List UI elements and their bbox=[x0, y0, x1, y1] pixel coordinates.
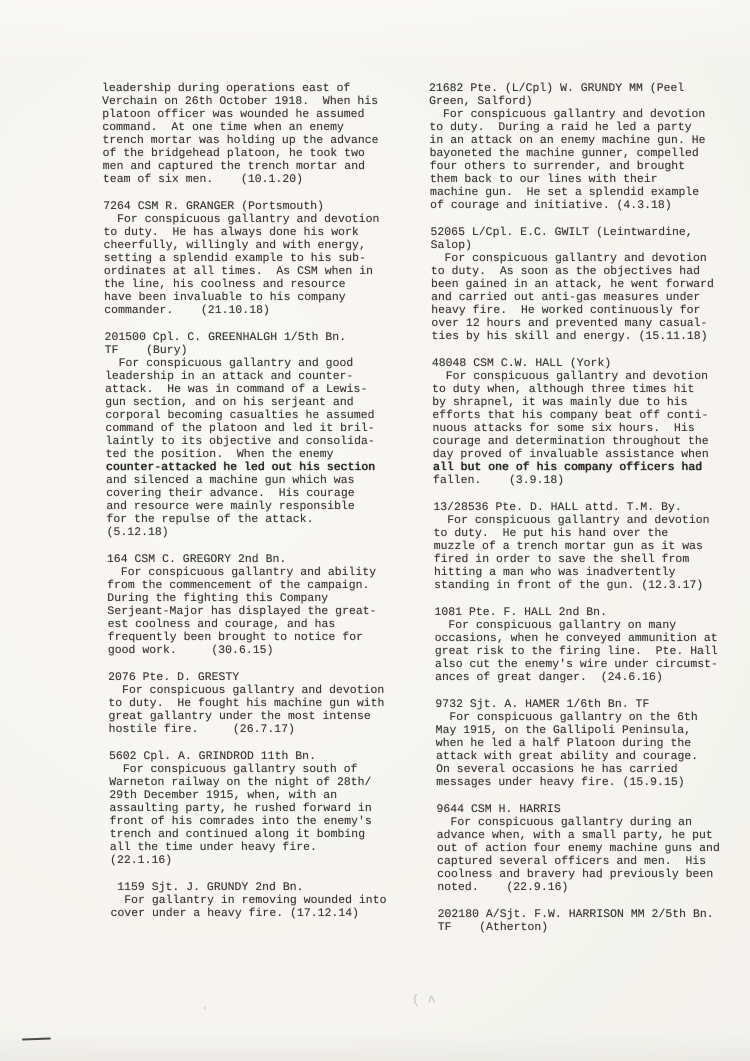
column-right: 21682 Pte. (L/Cpl) W. GRUNDY MM (PeelGre… bbox=[429, 82, 738, 948]
text-line: team of six men. (10.1.20) bbox=[103, 173, 403, 186]
text-line: For conspicuous gallantry and devotion bbox=[433, 514, 733, 527]
text-line: great gallantry under the most intense bbox=[108, 710, 408, 723]
text-line: counter-attacked he led out his section bbox=[106, 461, 406, 474]
text-line: leadership during operations east of bbox=[102, 82, 402, 95]
text-line: For conspicuous gallantry and devotion bbox=[431, 252, 731, 265]
text-line: 164 CSM C. GREGORY 2nd Bn. bbox=[107, 553, 407, 566]
text-line: 201500 Cpl. C. GREENHALGH 1/5th Bn. bbox=[104, 331, 404, 344]
text-line: good work. (30.6.15) bbox=[108, 644, 408, 657]
text-line: Verchain on 26th October 1918. When his bbox=[102, 95, 402, 108]
text-line: fired in order to save the shell from bbox=[434, 553, 734, 566]
text-line: advance when, with a small party, he put bbox=[437, 829, 737, 842]
text-line: hostile fire. (26.7.17) bbox=[109, 723, 409, 736]
text-line: when he led a half Platoon during the bbox=[436, 737, 736, 750]
text-line: corporal becoming casualties he assumed bbox=[105, 409, 405, 422]
text-line: from the commencement of the campaign. bbox=[107, 579, 407, 592]
text-line: men and captured the trench mortar and bbox=[103, 160, 403, 173]
text-line: and resource were mainly responsible bbox=[106, 500, 406, 513]
text-line: ances of great danger. (24.6.16) bbox=[435, 671, 735, 684]
text-line: For conspicuous gallantry and devotion bbox=[108, 684, 408, 697]
citation-entry: 1081 Pte. F. HALL 2nd Bn. For conspicuou… bbox=[434, 606, 735, 684]
text-line: For conspicuous gallantry and ability bbox=[107, 566, 407, 579]
text-line: cheerfully, willingly and with energy, bbox=[104, 239, 404, 252]
citation-entry: leadership during operations east ofVerc… bbox=[102, 82, 403, 186]
text-line: in an attack on an enemy machine gun. He bbox=[429, 134, 729, 147]
text-line: all the time under heavy fire. bbox=[110, 841, 410, 854]
paper-speck bbox=[204, 1007, 206, 1009]
citation-entry: 164 CSM C. GREGORY 2nd Bn. For conspicuo… bbox=[107, 553, 408, 657]
text-line: For conspicuous gallantry on the 6th bbox=[435, 711, 735, 724]
page-content: leadership during operations east ofVerc… bbox=[0, 0, 750, 1061]
text-line: to duty. During a raid he led a party bbox=[429, 121, 729, 134]
text-line: ordinates at all times. As CSM when in bbox=[104, 265, 404, 278]
text-line: coolness and bravery had previously been bbox=[437, 868, 737, 881]
text-line: bayoneted the machine gunner, compelled bbox=[430, 147, 730, 160]
text-line: For gallantry in removing wounded into bbox=[110, 894, 410, 907]
text-line: have been invaluable to his company bbox=[104, 291, 404, 304]
text-line: commander. (21.10.18) bbox=[104, 304, 404, 317]
text-line: also cut the enemy's wire under circumst… bbox=[435, 658, 735, 671]
text-line: leadership in an attack and counter- bbox=[105, 370, 405, 383]
text-line: over 12 hours and prevented many casual- bbox=[431, 317, 731, 330]
text-line: 29th December 1915, when, with an bbox=[109, 789, 409, 802]
citation-entry: 13/28536 Pte. D. HALL attd. T.M. By. For… bbox=[433, 501, 734, 592]
citation-entry: 2076 Pte. D. GRESTY For conspicuous gall… bbox=[108, 671, 409, 736]
text-line: four others to surrender, and brought bbox=[430, 160, 730, 173]
text-line: 1159 Sjt. J. GRUNDY 2nd Bn. bbox=[110, 881, 410, 894]
text-line: all but one of his company officers had bbox=[433, 461, 733, 474]
citation-entry: 202180 A/Sjt. F.W. HARRISON MM 2/5th Bn.… bbox=[438, 908, 738, 934]
text-line: platoon officer was wounded he assumed bbox=[102, 108, 402, 121]
citation-entry: 1159 Sjt. J. GRUNDY 2nd Bn. For gallantr… bbox=[110, 881, 410, 920]
citation-entry: 9732 Sjt. A. HAMER 1/6th Bn. TF For cons… bbox=[435, 698, 736, 789]
text-line: by shrapnel, it was mainly due to his bbox=[432, 396, 732, 409]
text-line: muzzle of a trench mortar gun as it was bbox=[434, 540, 734, 553]
text-line: efforts that his company beat off conti- bbox=[432, 409, 732, 422]
citation-entry: 52065 L/Cpl. E.C. GWILT (Leintwardine,Sa… bbox=[430, 226, 731, 343]
text-line: and carried out anti-gas measures under bbox=[431, 291, 731, 304]
text-line: (5.12.18) bbox=[107, 526, 407, 539]
pencil-mark: ( ʌ bbox=[412, 991, 436, 1008]
text-line: Serjeant-Major has displayed the great- bbox=[107, 605, 407, 618]
text-line: setting a splendid example to his sub- bbox=[104, 252, 404, 265]
text-line: TF (Bury) bbox=[105, 344, 405, 357]
text-line: ties by his skill and energy. (15.11.18) bbox=[431, 330, 731, 343]
text-line: 13/28536 Pte. D. HALL attd. T.M. By. bbox=[433, 501, 733, 514]
citation-entry: 5602 Cpl. A. GRINDROD 11th Bn. For consp… bbox=[109, 750, 410, 867]
text-line: 9644 CSM H. HARRIS bbox=[436, 803, 736, 816]
text-line: hitting a man who was inadvertently bbox=[434, 566, 734, 579]
text-line: heavy fire. He worked continuously for bbox=[431, 304, 731, 317]
text-line: For conspicuous gallantry during an bbox=[437, 816, 737, 829]
text-line: messages under heavy fire. (15.9.15) bbox=[436, 776, 736, 789]
text-line: nuous attacks for some six hours. His bbox=[432, 422, 732, 435]
text-line: During the fighting this Company bbox=[107, 592, 407, 605]
text-line: them back to our lines with their bbox=[430, 173, 730, 186]
text-line: 202180 A/Sjt. F.W. HARRISON MM 2/5th Bn. bbox=[438, 908, 738, 921]
text-line: to duty. He fought his machine gun with bbox=[108, 697, 408, 710]
text-line: covering their advance. His courage bbox=[106, 487, 406, 500]
text-line: For conspicuous gallantry south of bbox=[109, 763, 409, 776]
text-line: standing in front of the gun. (12.3.17) bbox=[434, 579, 734, 592]
text-line: 1081 Pte. F. HALL 2nd Bn. bbox=[434, 606, 734, 619]
text-line: and silenced a machine gun which was bbox=[106, 474, 406, 487]
text-line: 9732 Sjt. A. HAMER 1/6th Bn. TF bbox=[435, 698, 735, 711]
text-line: to duty. As soon as the objectives had bbox=[431, 265, 731, 278]
text-line: to duty. He has always done his work bbox=[103, 226, 403, 239]
text-line: cover under a heavy fire. (17.12.14) bbox=[110, 907, 410, 920]
citation-entry: 48048 CSM C.W. HALL (York) For conspicuo… bbox=[432, 357, 733, 487]
text-line: 21682 Pte. (L/Cpl) W. GRUNDY MM (Peel bbox=[429, 82, 729, 95]
text-line: For conspicuous gallantry and good bbox=[105, 357, 405, 370]
text-line: of courage and initiative. (4.3.18) bbox=[430, 199, 730, 212]
text-line: attack. He was in command of a Lewis- bbox=[105, 383, 405, 396]
text-line: courage and determination throughout the bbox=[433, 435, 733, 448]
text-line: For conspicuous gallantry on many bbox=[434, 619, 734, 632]
column-left: leadership during operations east ofVerc… bbox=[102, 82, 411, 934]
text-line: out of action four enemy machine guns an… bbox=[437, 842, 737, 855]
text-line: 5602 Cpl. A. GRINDROD 11th Bn. bbox=[109, 750, 409, 763]
text-line: occasions, when he conveyed ammunition a… bbox=[435, 632, 735, 645]
document-page: leadership during operations east ofVerc… bbox=[0, 0, 750, 1061]
text-line: On several occasions he has carried bbox=[436, 763, 736, 776]
text-line: of the bridgehead platoon, he took two bbox=[103, 147, 403, 160]
text-line: 7264 CSM R. GRANGER (Portsmouth) bbox=[103, 200, 403, 213]
text-line: the line, his coolness and resource bbox=[104, 278, 404, 291]
text-line: 48048 CSM C.W. HALL (York) bbox=[432, 357, 732, 370]
text-line: assaulting party, he rushed forward in bbox=[109, 802, 409, 815]
text-line: For conspicuous gallantry and devotion bbox=[103, 213, 403, 226]
text-line: 2076 Pte. D. GRESTY bbox=[108, 671, 408, 684]
text-line: to duty. He put his hand over the bbox=[434, 527, 734, 540]
text-line: day proved of invaluable assistance when bbox=[433, 448, 733, 461]
text-line: ted the position. When the enemy bbox=[106, 448, 406, 461]
citation-entry: 9644 CSM H. HARRIS For conspicuous galla… bbox=[436, 803, 737, 894]
text-line: 52065 L/Cpl. E.C. GWILT (Leintwardine, bbox=[430, 226, 730, 239]
text-line: (22.1.16) bbox=[110, 854, 410, 867]
text-line: been gained in an attack, he went forwar… bbox=[431, 278, 731, 291]
citation-entry: 201500 Cpl. C. GREENHALGH 1/5th Bn.TF (B… bbox=[104, 331, 406, 539]
text-line: command of the platoon and led it bril- bbox=[105, 422, 405, 435]
text-line: front of his comrades into the enemy's bbox=[110, 815, 410, 828]
citation-entry: 7264 CSM R. GRANGER (Portsmouth) For con… bbox=[103, 200, 404, 317]
text-line: Green, Salford) bbox=[429, 95, 729, 108]
text-line: trench mortar was holding up the advance bbox=[102, 134, 402, 147]
text-line: attack with great ability and courage. bbox=[436, 750, 736, 763]
stray-dot-mark bbox=[600, 876, 602, 878]
text-line: to duty when, although three times hit bbox=[432, 383, 732, 396]
text-line: machine gun. He set a splendid example bbox=[430, 186, 730, 199]
text-line: gun section, and on his serjeant and bbox=[105, 396, 405, 409]
text-line: command. At one time when an enemy bbox=[102, 121, 402, 134]
text-line: captured several officers and men. His bbox=[437, 855, 737, 868]
text-line: great risk to the firing line. Pte. Hall bbox=[435, 645, 735, 658]
text-line: laintly to its objective and consolida- bbox=[106, 435, 406, 448]
text-line: frequently been brought to notice for bbox=[108, 631, 408, 644]
text-line: TF (Atherton) bbox=[438, 921, 738, 934]
text-line: noted. (22.9.16) bbox=[437, 881, 737, 894]
text-line: Salop) bbox=[431, 239, 731, 252]
text-line: for the repulse of the attack. bbox=[106, 513, 406, 526]
text-line: trench and continued along it bombing bbox=[110, 828, 410, 841]
text-line: Warneton railway on the night of 28th/ bbox=[109, 776, 409, 789]
text-line: est coolness and courage, and has bbox=[107, 618, 407, 631]
citation-entry: 21682 Pte. (L/Cpl) W. GRUNDY MM (PeelGre… bbox=[429, 82, 730, 212]
text-line: For conspicuous gallantry and devotion bbox=[432, 370, 732, 383]
text-line: fallen. (3.9.18) bbox=[433, 474, 733, 487]
text-line: For conspicuous gallantry and devotion bbox=[429, 108, 729, 121]
text-line: May 1915, on the Gallipoli Peninsula, bbox=[436, 724, 736, 737]
